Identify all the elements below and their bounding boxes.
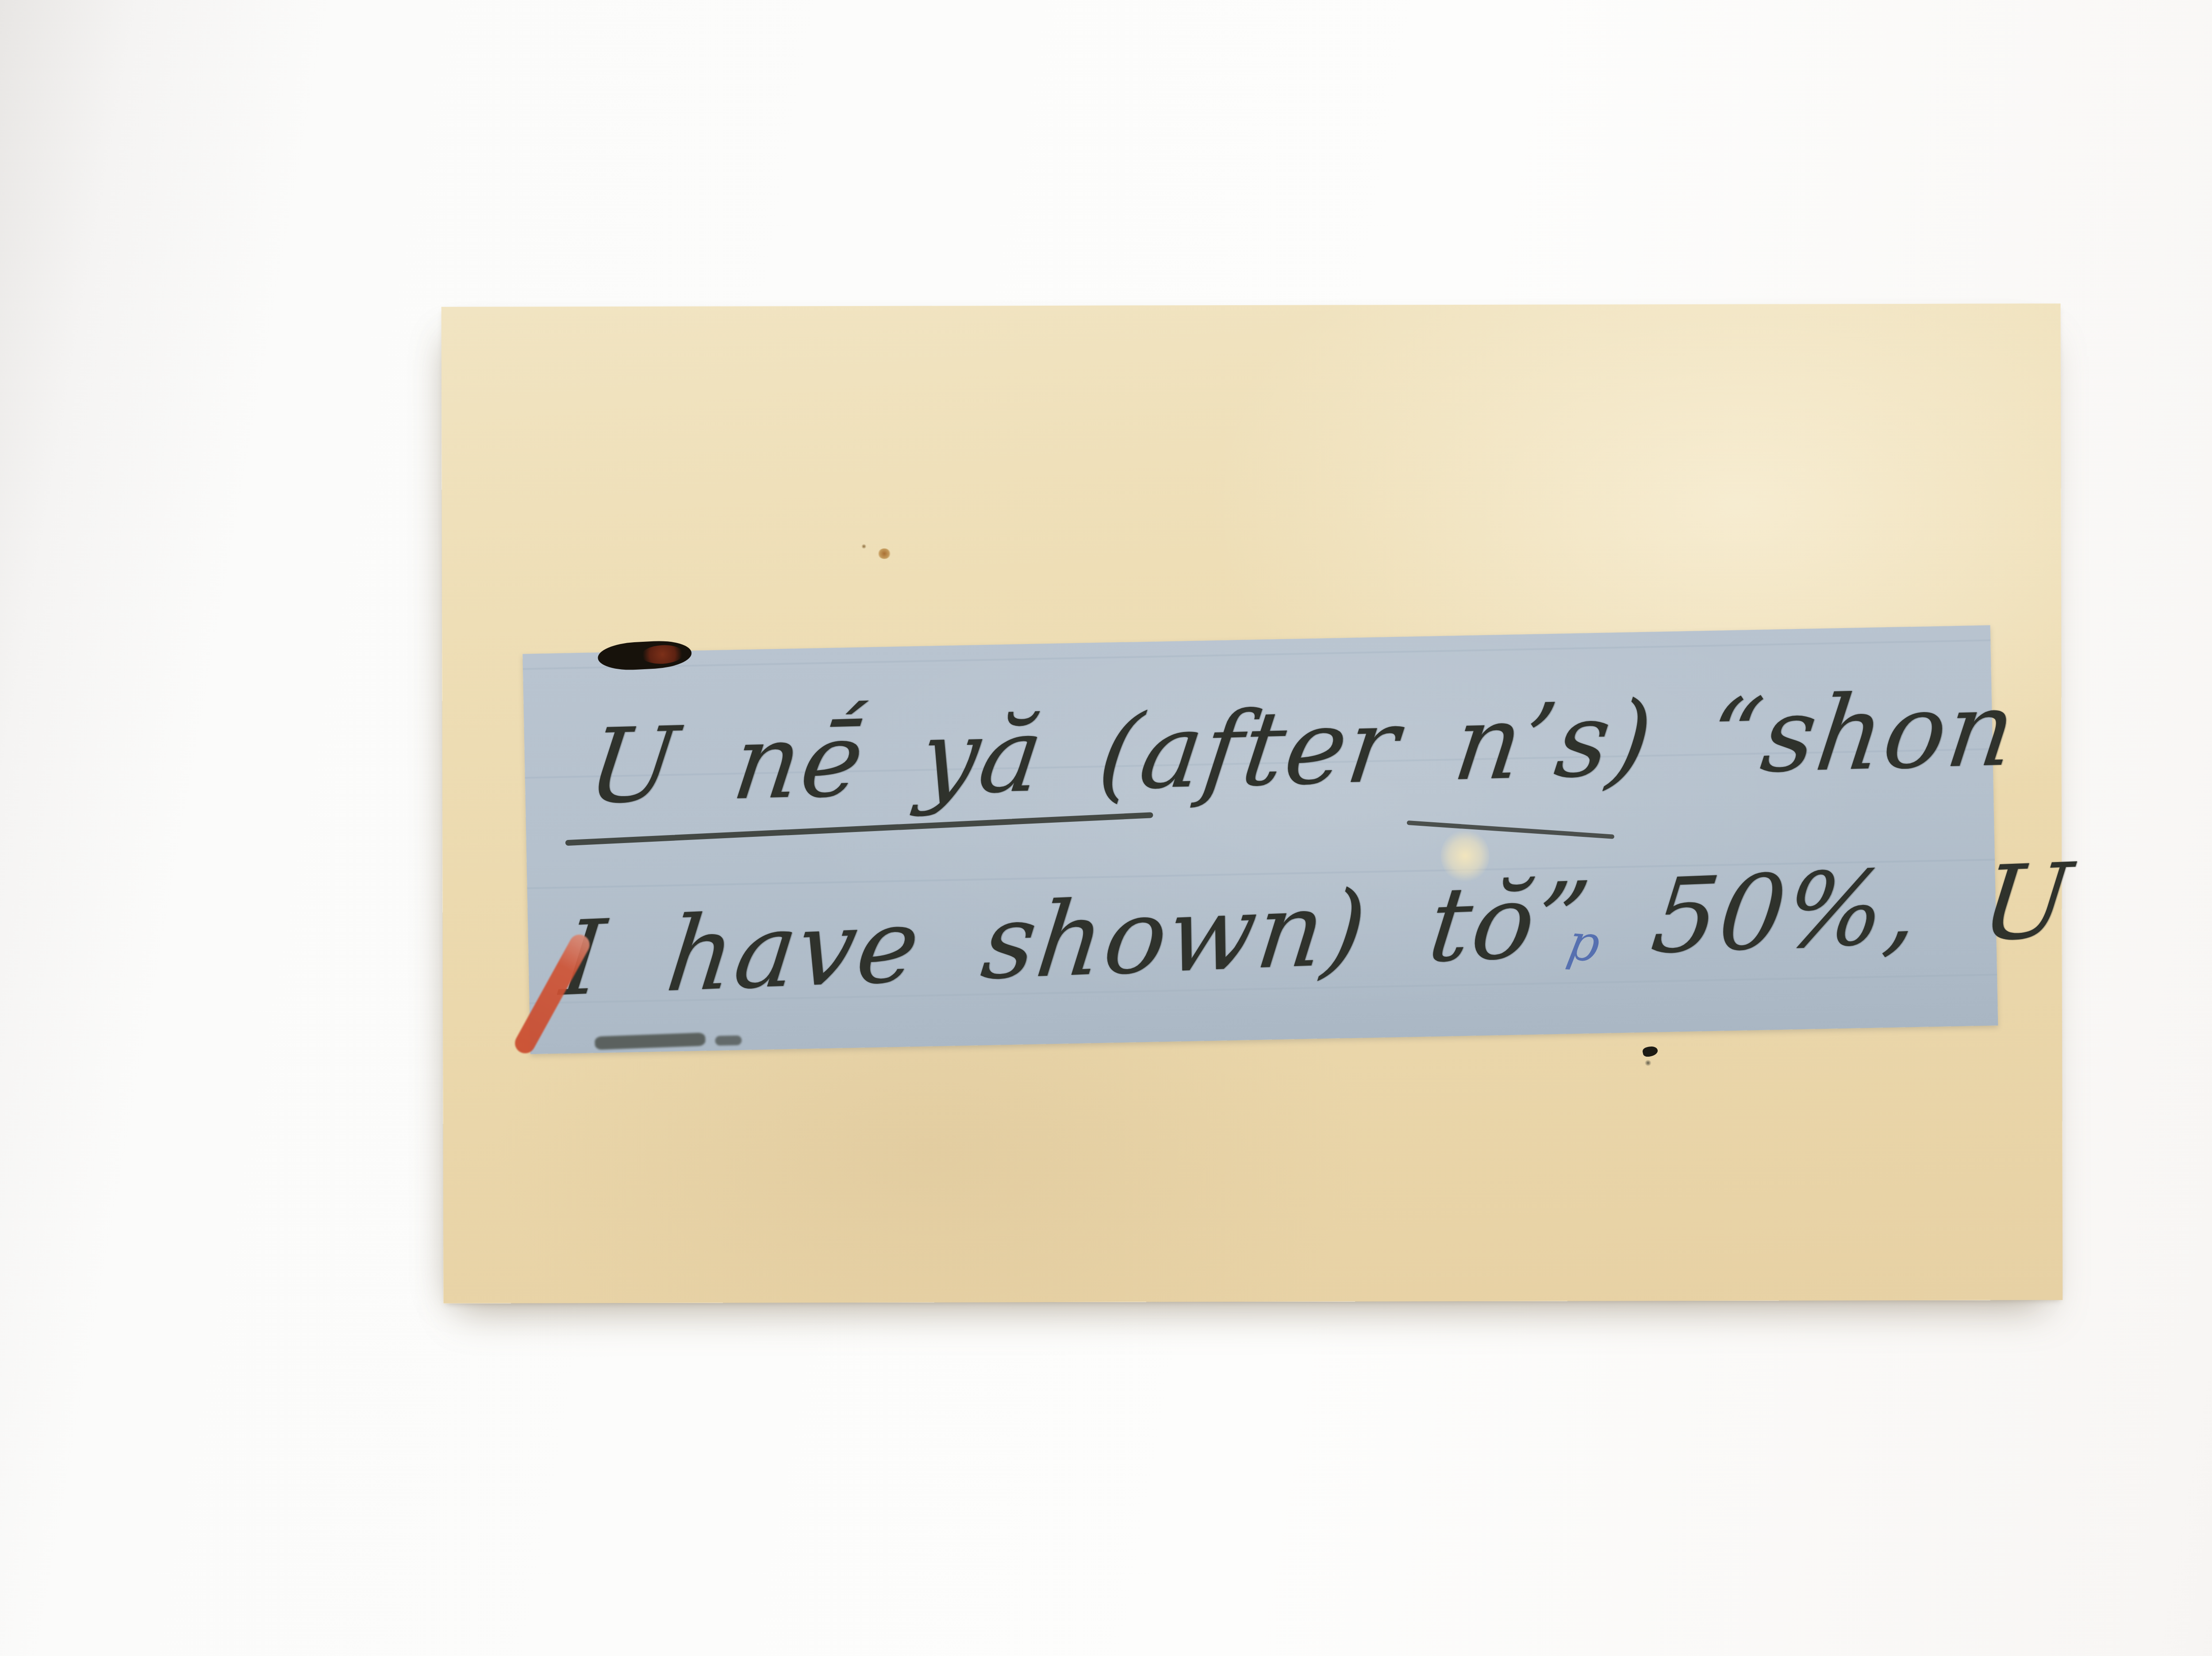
ink-speck [1642, 1045, 1659, 1058]
ink-smudge [715, 1035, 741, 1046]
pasted-slip: U nḗ yă (after n’s) “shon I have shown) … [522, 625, 1998, 1054]
ink-smear-accent [641, 644, 684, 665]
underline-mark [1407, 820, 1615, 839]
paper-fleck [861, 544, 867, 549]
note-card: U nḗ yă (after n’s) “shon I have shown) … [442, 303, 2063, 1303]
ink-smudge [595, 1032, 706, 1050]
photograph: U nḗ yă (after n’s) “shon I have shown) … [0, 0, 2212, 1656]
paper-fleck [1644, 1060, 1651, 1066]
paper-fleck [878, 548, 891, 559]
photo-background: { "scene": { "type": "photograph-of-docu… [0, 0, 2212, 1656]
ruled-line [523, 640, 1990, 670]
handwritten-line-2: I have shown) tŏ” 50%, U [556, 841, 2078, 1019]
handwritten-line-1: U nḗ yă (after n’s) “shon [582, 669, 2023, 827]
